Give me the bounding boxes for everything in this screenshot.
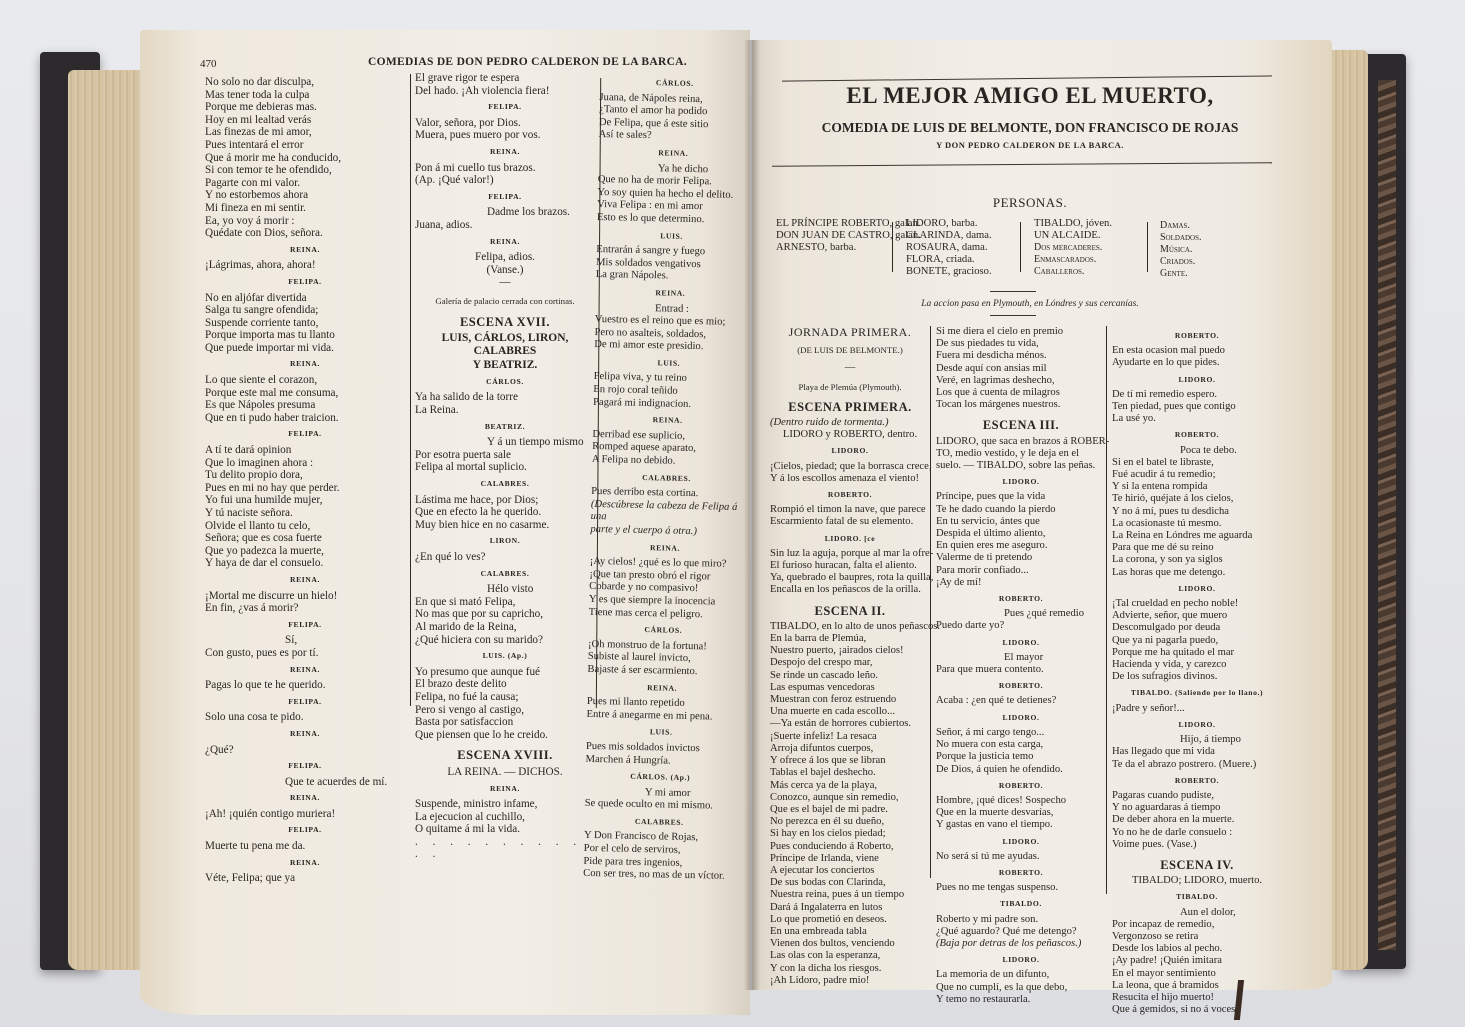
verse-line: Para morir confiado... (936, 565, 1106, 577)
verse-line: (Ap. ¡Qué valor!) (415, 174, 595, 187)
verse-line: Y con la dicha los riesgos. (770, 963, 930, 975)
verse-line: Porque me debieras mas. (205, 101, 405, 114)
verse-line: Roberto y mi padre son. (936, 914, 1106, 926)
verse-line: Pues en mi no hay que perder. (205, 482, 405, 495)
speaker-label: FELIPA. (415, 191, 595, 204)
verse-line: Vergonzoso se retira (1112, 931, 1282, 943)
verse-line: Te he dado cuando la pierdo (936, 504, 1106, 516)
left-column-1: No solo no dar disculpa,Mas tener toda l… (205, 76, 405, 885)
column-rule (1106, 326, 1107, 894)
verse-line: Y BEATRIZ. (415, 359, 595, 372)
speaker-label: REINA. (587, 680, 737, 696)
verse-line: Que ya ni pagarla puedo, (1112, 635, 1282, 647)
verse-line: No perezca en él su dueño, (770, 816, 930, 828)
verse-line: Que á gemidos, si no á voces, (1112, 1004, 1282, 1016)
verse-line: De tí mi remedio espero. (1112, 389, 1282, 401)
persona-entry: Criados. (1160, 256, 1240, 268)
persona-entry: ROSAURA, dama. (906, 242, 1016, 254)
verse-line: A ejecutar los conciertos (770, 865, 930, 877)
verse-line: LIDORO, que saca en brazos á ROBER- (936, 436, 1106, 448)
speaker-label: LIDORO. (936, 712, 1106, 724)
persona-entry: Música. (1160, 244, 1240, 256)
speaker-label: REINA. (590, 540, 740, 556)
verse-line: Las finezas de mi amor, (205, 126, 405, 139)
verse-line: Para que me dé su reino (1112, 542, 1282, 554)
speaker-label: FELIPA. (205, 428, 405, 441)
verse-line: suelo. — TIBALDO, sobre las peñas. (936, 460, 1106, 472)
verse-line: Ya, quebrado el baupres, rota la quilla, (770, 572, 930, 584)
verse-line: Príncipe de Irlanda, viene (770, 853, 930, 865)
speaker-label: BEATRIZ. (415, 421, 595, 434)
verse-line: Y gastas en vano el tiempo. (936, 819, 1106, 831)
verse-line: Muestran con feroz estruendo (770, 694, 930, 706)
verse-line: En la barra de Plemúa, (770, 633, 930, 645)
running-head: COMEDIAS DE DON PEDRO CALDERON DE LA BAR… (368, 56, 687, 68)
speaker-label: REINA. (205, 358, 405, 371)
right-column-3: ROBERTO.En esta ocasion mal puedoAyudart… (1112, 326, 1282, 1016)
speaker-label: LIDORO. (936, 836, 1106, 848)
verse-line: Para que muera contento. (936, 664, 1106, 676)
speaker-label: REINA. (205, 664, 405, 677)
verse-line: Pagará mi indignacion. (593, 397, 743, 413)
verse-line: Que piensen que lo he creido. (415, 729, 595, 742)
persona-entry: BONETE, gracioso. (906, 266, 1016, 278)
persona-entry: FLORA, criada. (906, 254, 1016, 266)
persona-entry: ARNESTO, barba. (776, 242, 896, 254)
speaker-label: FELIPA. (205, 619, 405, 632)
verse-line: . . . . . . . . . . . . (415, 836, 595, 861)
speaker-label: REINA. (205, 792, 405, 805)
speaker-label: CALABRES. (591, 471, 741, 487)
verse-line: Véte, Felipa; que ya (205, 872, 405, 885)
right-column-1: JORNADA PRIMERA.(DE LUIS DE BELMONTE.)—P… (770, 324, 930, 987)
play-authors-line2: Y DON PEDRO CALDERON DE LA BARCA. (770, 140, 1290, 150)
verse-line: (Vanse.) (415, 264, 595, 277)
verse-line: A tí te dará opinion (205, 444, 405, 457)
speaker-label: LIDORO. (936, 476, 1106, 488)
verse-line: El brazo deste delito (415, 678, 595, 691)
verse-line: Si con temor te he ofendido, (205, 164, 405, 177)
verse-line: LIDORO y ROBERTO, dentro. (770, 429, 930, 441)
verse-line: Voime pues. (Vase.) (1112, 839, 1282, 851)
verse-line: Salga tu sangre ofendida; (205, 304, 405, 317)
verse-line: Se rinde un cascado leño. (770, 670, 930, 682)
verse-line: Desde los labios al pecho. (1112, 943, 1282, 955)
speaker-label: LUIS. (586, 725, 736, 741)
verse-line: Vienen dos bultos, venciendo (770, 938, 930, 950)
verse-line: De sus bodas con Clarinda, (770, 877, 930, 889)
verse-line: Muera, pues muero por vos. (415, 129, 595, 142)
verse-line: Y si la entena rompida (1112, 481, 1282, 493)
verse-line: ¡Suerte infeliz! La resaca (770, 731, 930, 743)
verse-line: Hoy en mi lealtad verás (205, 114, 405, 127)
speaker-label: CALABRES. (415, 568, 595, 581)
verse-line: Despida el último aliento, (936, 528, 1106, 540)
column-rule (410, 74, 411, 706)
verse-line: Resucita el hijo muerto! (1112, 992, 1282, 1004)
verse-line: Felipa, adios. (415, 251, 595, 264)
persona-entry: Dos mercaderes. (1034, 242, 1144, 254)
verse-line: Basta por satisfaccion (415, 716, 595, 729)
verse-line: Conozco, aunque sin remedio, (770, 792, 930, 804)
speaker-label: TIBALDO. (1112, 891, 1282, 903)
scene-heading: ESCENA III. (936, 419, 1106, 431)
verse-line: Olvide el llanto tu celo, (205, 520, 405, 533)
verse-line: Pues no me tengas suspenso. (936, 882, 1106, 894)
speaker-label: ROBERTO. (936, 780, 1106, 792)
verse-line: Y temo no restaurarla. (936, 994, 1106, 1006)
scene-heading: ESCENA IV. (1112, 859, 1282, 871)
verse-line: Pagas lo que te he querido. (205, 679, 405, 692)
verse-line: Felipa al mortal suplicio. (415, 461, 595, 474)
personas-rule (892, 222, 893, 272)
speaker-label: FELIPA. (205, 276, 405, 289)
scene-heading: ESCENA II. (770, 605, 930, 617)
verse-line: — (415, 276, 595, 289)
verse-line: Entre á anegarme en mi pena. (586, 709, 736, 725)
verse-line: Marchen á Hungría. (585, 753, 735, 769)
right-column-2: Si me diera el cielo en premioDe sus pie… (936, 326, 1106, 1006)
personas-column-1: EL PRÍNCIPE ROBERTO, galan.DON JUAN DE C… (776, 218, 896, 254)
verse-line: De sus piedades tu vida, (936, 338, 1106, 350)
verse-line: Pero si vengo al castigo, (415, 704, 595, 717)
verse-line: La ejecucion al cuchillo, (415, 811, 595, 824)
page-number: 470 (200, 58, 217, 70)
verse-line: Que es el bajel de mi padre. (770, 804, 930, 816)
verse-line: Dará á Ingalaterra en lutos (770, 902, 930, 914)
speaker-label: REINA. (415, 236, 595, 249)
verse-line: Pagarte con mi valor. (205, 177, 405, 190)
verse-line: Ya ha salido de la torre (415, 391, 595, 404)
verse-line: Príncipe, pues que la vida (936, 491, 1106, 503)
verse-line: Señora; que es cosa fuerte (205, 532, 405, 545)
verse-line: En tu servicio, ántes que (936, 516, 1106, 528)
verse-line: Acaba : ¿en qué te detienes? (936, 695, 1106, 707)
speaker-label: TIBALDO. (936, 898, 1106, 910)
speaker-label: CÁRLOS. (588, 623, 738, 639)
verse-line: En que si mató Felipa, (415, 596, 595, 609)
verse-line: ¿Qué hiciera con su marido? (415, 634, 595, 647)
verse-line: Y ofrece á los que se libran (770, 755, 930, 767)
persona-entry: UN ALCAIDE. (1034, 230, 1144, 242)
verse-line: Si me diera el cielo en premio (936, 326, 1106, 338)
verse-line: Valerme de ti pretendo (936, 552, 1106, 564)
verse-line: Lástima me hace, por Dios; (415, 494, 595, 507)
verse-line: Yo fui una humilde mujer, (205, 494, 405, 507)
verse-line: En el mayor sentimiento (1112, 968, 1282, 980)
persona-entry: EL PRÍNCIPE ROBERTO, galan. (776, 218, 896, 230)
speaker-label: REINA. (595, 286, 745, 302)
verse-line: ¡Lágrimas, ahora, ahora! (205, 259, 405, 272)
verse-line: Veré, en lagrimas deshecho, (936, 375, 1106, 387)
personas-column-4: Damas.Soldados.Música.Criados.Gente. (1160, 220, 1240, 280)
persona-entry: Gente. (1160, 268, 1240, 280)
speaker-label: REINA. (598, 146, 748, 162)
short-rule (990, 291, 1036, 292)
setting-note: La accion pasa en Plymouth, en Lóndres y… (770, 299, 1290, 309)
verse-line: Nuestro puerto, ¡airados cielos! (770, 645, 930, 657)
speaker-label: ROBERTO. (936, 680, 1106, 692)
verse-line: Del hado. ¡Ah violencia fiera! (415, 85, 595, 98)
speaker-label: CALABRES. (415, 478, 595, 491)
speaker-label: ROBERTO. (1112, 429, 1282, 441)
verse-line: Solo una cosa te pido. (205, 711, 405, 724)
speaker-label: LUIS. (596, 228, 746, 244)
verse-line: A Felipa no debido. (592, 454, 742, 470)
verse-line: La Reina. (415, 404, 595, 417)
verse-line: Señor, á mi cargo tengo... (936, 727, 1106, 739)
speaker-label: LIRON. (415, 535, 595, 548)
verse-line: Las espumas vencedoras (770, 682, 930, 694)
verse-line: No mas que por su capricho, (415, 608, 595, 621)
verse-line: Hombre, ¡qué dices! Sospecho (936, 795, 1106, 807)
verse-line: Y no á mí, pues tu desdicha (1112, 506, 1282, 518)
verse-line: Que puede importar mi vida. (205, 342, 405, 355)
verse-line: Que lo imaginen ahora : (205, 457, 405, 470)
verse-line: O quitame á mi la vida. (415, 823, 595, 836)
scene-heading: ESCENA PRIMERA. (770, 401, 930, 413)
verse-line: (DE LUIS DE BELMONTE.) (770, 344, 930, 356)
speaker-label: REINA. (205, 574, 405, 587)
verse-line: TIBALDO; LIDORO, muerto. (1112, 875, 1282, 887)
verse-line: Tocan los márgenes nuestros. (936, 399, 1106, 411)
stage-direction: (Dentro ruido de tormenta.) (770, 417, 930, 429)
verse-line: ¡Mortal me discurre un hielo! (205, 590, 405, 603)
verse-line: Ten piedad, pues que contigo (1112, 401, 1282, 413)
verse-line: —Ya están de horrores cubiertos. (770, 718, 930, 730)
left-column-2: El grave rigor te esperaDel hado. ¡Ah vi… (415, 72, 595, 861)
verse-line: Así te sales? (599, 129, 749, 145)
speaker-label: ROBERTO. (770, 489, 930, 501)
verse-line: De deber ahora en la muerte. (1112, 814, 1282, 826)
verse-line: Que en efecto la he querido. (415, 506, 595, 519)
speaker-label: ROBERTO. (1112, 330, 1282, 342)
persona-entry: Damas. (1160, 220, 1240, 232)
verse-line: De mi amor este presidio. (594, 339, 744, 355)
persona-entry: CLARINDA, dama. (906, 230, 1016, 242)
verse-line: Porque la justicia temo (936, 751, 1106, 763)
verse-line: Galería de palacio cerrada con cortinas. (415, 295, 595, 308)
stage-direction: (Descúbrese la cabeza de Felipa á una (591, 499, 741, 527)
verse-line: Desde aquí con ansias mil (936, 363, 1106, 375)
verse-line: ¡Ah! ¡quién contigo muriera! (205, 808, 405, 821)
verse-line: Porque este mal me consuma, (205, 387, 405, 400)
speaker-label: REINA. (415, 783, 595, 796)
verse-line: Quédate con Dios, señora. (205, 227, 405, 240)
speaker-label: FELIPA. (205, 824, 405, 837)
column-rule (930, 326, 931, 878)
verse-line: Playa de Plemúa (Plymouth). (770, 381, 930, 393)
speaker-label: REINA. (593, 413, 743, 429)
verse-line: Aun el dolor, (1112, 907, 1282, 919)
speaker-label: CÁRLOS. (600, 76, 750, 92)
verse-line: Si en el batel te libraste, (1112, 457, 1282, 469)
verse-line: En fin, ¿vas á morir? (205, 602, 405, 615)
verse-line: Pues conduciendo á Roberto, (770, 841, 930, 853)
verse-line: Las horas que me detengo. (1112, 567, 1282, 579)
verse-line: Hijo, á tiempo (1112, 734, 1282, 746)
verse-line: Que en la muerte desvarías, (936, 807, 1106, 819)
left-column-3: CÁRLOS.Juana, de Nápoles reina,¿Tanto el… (583, 72, 750, 884)
verse-line: Fuera mi desdicha ménos. (936, 350, 1106, 362)
verse-line: Y no estorbemos ahora (205, 189, 405, 202)
speaker-label: LUIS. (594, 356, 744, 372)
stage-direction: (Baja por detras de los peñascos.) (936, 938, 1106, 950)
personas-column-3: TIBALDO, jóven.UN ALCAIDE.Dos mercaderes… (1034, 218, 1144, 278)
speaker-label: REINA. (205, 244, 405, 257)
verse-line: Una muerte en cada escollo... (770, 706, 930, 718)
speaker-label: CÁRLOS. (415, 376, 595, 389)
speaker-label: CALABRES. (584, 815, 734, 831)
speaker-label: TIBALDO. (Saliendo por lo llano.) (1112, 687, 1282, 699)
speaker-label: FELIPA. (205, 696, 405, 709)
persona-entry: TIBALDO, jóven. (1034, 218, 1144, 230)
persona-entry: Enmascarados. (1034, 254, 1144, 266)
verse-line: Muy bien hice en no casarme. (415, 519, 595, 532)
verse-line: Lo que prometió en deseos. (770, 914, 930, 926)
verse-line: El furioso huracan, falta el aliento. (770, 560, 930, 572)
verse-line: Porque importa mas tu llanto (205, 329, 405, 342)
verse-line: La ocasionaste tú mesmo. (1112, 518, 1282, 530)
verse-line: Por incapaz de remedio, (1112, 919, 1282, 931)
short-rule (990, 315, 1036, 316)
verse-line: Esto es lo que determino. (597, 212, 747, 228)
speaker-label: ROBERTO. (1112, 775, 1282, 787)
verse-line: Tablas el bajel deshecho. (770, 767, 930, 779)
verse-line: ¿Qué? (205, 744, 405, 757)
verse-line: Sin luz la aguja, porque al mar la ofre- (770, 548, 930, 560)
verse-line: LUIS, CÁRLOS, LIRON, CALABRES (415, 332, 595, 357)
verse-line: TIBALDO, en lo alto de unos peñascos. (770, 621, 930, 633)
verse-line: Descomulgado por deuda (1112, 622, 1282, 634)
speaker-label: REINA. (205, 728, 405, 741)
personas-rule (1147, 222, 1148, 272)
verse-line: Bajaste á ser escarmiento. (587, 664, 737, 680)
verse-line: No será si tú me ayudas. (936, 851, 1106, 863)
verse-line: Yo presumo que aunque fué (415, 666, 595, 679)
verse-line: Nuestra reina, pues á un tiempo (770, 889, 930, 901)
persona-entry: Caballeros. (1034, 266, 1144, 278)
verse-line: Y haya de dar el consuelo. (205, 557, 405, 570)
speaker-label: LIDORO. (770, 445, 930, 457)
verse-line: Que á morir me ha conducido, (205, 152, 405, 165)
verse-line: Que te acuerdes de mí. (205, 776, 405, 789)
verse-line: Que en ti pudo haber traicion. (205, 412, 405, 425)
verse-line: La memoria de un difunto, (936, 969, 1106, 981)
scene-heading: JORNADA PRIMERA. (770, 326, 930, 338)
verse-line: La leona, que á bramidos (1112, 980, 1282, 992)
verse-line: LA REINA. — DICHOS. (415, 766, 595, 779)
verse-line: Lo que siente el corazon, (205, 374, 405, 387)
verse-line: Ea, yo voy á morir : (205, 215, 405, 228)
verse-line: ¡Ah Lidoro, padre mio! (770, 975, 930, 987)
speaker-label: LIDORO. (1112, 583, 1282, 595)
play-title: EL MEJOR AMIGO EL MUERTO, (770, 83, 1290, 109)
verse-line: Poca te debo. (1112, 445, 1282, 457)
verse-line: El mayor (936, 652, 1106, 664)
verse-line: Arroja difuntos cuerpos, (770, 743, 930, 755)
verse-line: Tiene mas cerca el peligro. (589, 606, 739, 622)
verse-line: De Dios, á quien he ofendido. (936, 764, 1106, 776)
verse-line: TO, medio vestido, y le deja en el (936, 448, 1106, 460)
verse-line: En esta ocasion mal puedo (1112, 345, 1282, 357)
verse-line: Que no cumplí, es la que debo, (936, 982, 1106, 994)
speaker-label: CÁRLOS. (Ap.) (585, 770, 735, 786)
verse-line: Se quede oculto en mi mismo. (585, 798, 735, 814)
verse-line: ¡Cielos, piedad; que la borrasca crece, (770, 461, 930, 473)
verse-line: Yo no he de darle consuelo : (1112, 827, 1282, 839)
personas-heading: PERSONAS. (770, 195, 1290, 211)
verse-line: Hacienda y vida, y carezco (1112, 659, 1282, 671)
verse-line: Al marido de la Reina, (415, 621, 595, 634)
persona-entry: DON JUAN DE CASTRO, galan. (776, 230, 896, 242)
verse-line: El grave rigor te espera (415, 72, 595, 85)
verse-line: La corona, y son ya siglos (1112, 554, 1282, 566)
persona-entry: LIDORO, barba. (906, 218, 1016, 230)
verse-line: Suspende, ministro infame, (415, 798, 595, 811)
verse-line: Y á los escollos amenaza el viento! (770, 473, 930, 485)
verse-line: Valor, señora, por Dios. (415, 117, 595, 130)
verse-line: Y tú naciste señora. (205, 507, 405, 520)
verse-line: ¿En qué lo ves? (415, 551, 595, 564)
verse-line: Y no aguardaras á tiempo (1112, 802, 1282, 814)
marbled-endpaper (1378, 80, 1396, 950)
verse-line: Si hay en los cielos piedad; (770, 828, 930, 840)
verse-line: Advierte, señor, que muero (1112, 610, 1282, 622)
speaker-label: FELIPA. (415, 101, 595, 114)
speaker-label: LUIS. (Ap.) (415, 650, 595, 663)
personas-rule (1020, 222, 1021, 272)
verse-line: Has llegado que mi vida (1112, 746, 1282, 758)
verse-line: Y á un tiempo mismo (415, 436, 595, 449)
verse-line: En una embreada tabla (770, 926, 930, 938)
verse-line: Por esotra puerta sale (415, 449, 595, 462)
verse-line: Encalla en los peñascos de la orilla. (770, 584, 930, 596)
verse-line: Pues intentará el error (205, 139, 405, 152)
verse-line: Pues ¿qué remedio (936, 608, 1106, 620)
verse-line: Porque me ha quitado el mar (1112, 647, 1282, 659)
verse-line: Las olas con la esperanza, (770, 950, 930, 962)
speaker-label: REINA. (205, 857, 405, 870)
verse-line: Más cerca ya de la playa, (770, 780, 930, 792)
verse-line: La Reina en Lóndres me aguarda (1112, 530, 1282, 542)
verse-line: La usé yo. (1112, 413, 1282, 425)
verse-line: Mi fineza en mi sentir. (205, 202, 405, 215)
verse-line: Felipa, no fué la causa; (415, 691, 595, 704)
verse-line: No muera con esta carga, (936, 739, 1106, 751)
speaker-label: LIDORO. (1112, 719, 1282, 731)
verse-line: Tu delito propio dora, (205, 469, 405, 482)
verse-line: ¡Ay padre! ¡Quién imitara (1112, 955, 1282, 967)
verse-line: Puedo darte yo? (936, 620, 1106, 632)
verse-line: ¡Ay de mí! (936, 577, 1106, 589)
verse-line: Te hirió, quéjate á los cielos, (1112, 493, 1282, 505)
verse-line: Rompió el timon la nave, que parece (770, 504, 930, 516)
persona-entry: Soldados. (1160, 232, 1240, 244)
verse-line: En quien eres me aseguro. (936, 540, 1106, 552)
verse-line: Es que Nápoles presuma (205, 399, 405, 412)
verse-line: Dadme los brazos. (415, 206, 595, 219)
verse-line: Que yo padezca la muerte, (205, 545, 405, 558)
verse-line: Pagaras cuando pudiste, (1112, 790, 1282, 802)
verse-line: Con gusto, pues es por tí. (205, 647, 405, 660)
verse-line: Suspende corriente tanto, (205, 317, 405, 330)
speaker-label: LIDORO. (1112, 374, 1282, 386)
personas-column-2: LIDORO, barba.CLARINDA, dama.ROSAURA, da… (906, 218, 1016, 278)
verse-line: Despojo del crespo mar, (770, 657, 930, 669)
speaker-label: ROBERTO. (936, 593, 1106, 605)
verse-line: Juana, adios. (415, 219, 595, 232)
